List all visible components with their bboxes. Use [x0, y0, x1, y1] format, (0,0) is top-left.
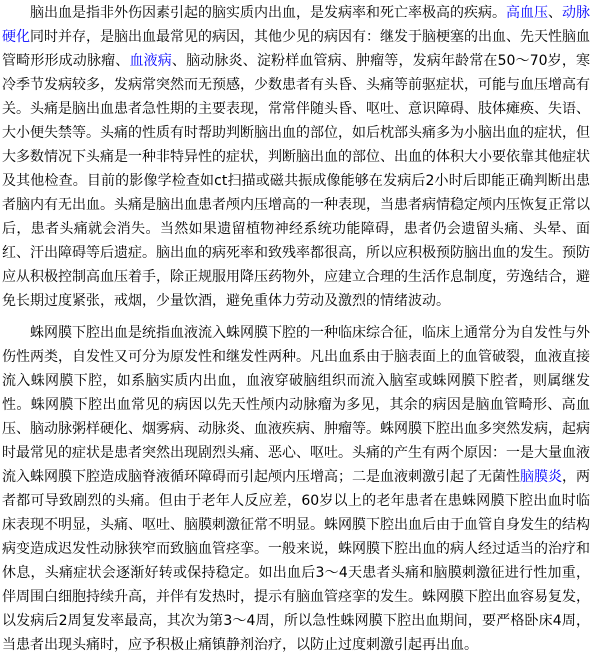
paragraph-1: 脑出血是指非外伤因素引起的脑实质内出血，是发病率和死亡率极高的疾病。高血压、动脉…	[2, 1, 590, 313]
article: 脑出血是指非外伤因素引起的脑实质内出血，是发病率和死亡率极高的疾病。高血压、动脉…	[0, 0, 591, 657]
text-run: 、脑动脉炎、淀粉样血管病、肿瘤等，发病年龄常在50～70岁，寒冷季节发病较多，发…	[2, 53, 590, 309]
text-run: ，两者都可导致剧烈的头痛。但由于老年人反应差，60岁以上的老年患者在患蛛网膜下腔…	[2, 469, 590, 653]
text-run: 脑出血是指非外伤因素引起的脑实质内出血，是发病率和死亡率极高的疾病。	[30, 5, 506, 21]
meningitis-link[interactable]: 脑膜炎	[520, 469, 562, 485]
paragraph-2: 蛛网膜下腔出血是统指血液流入蛛网膜下腔的一种临床综合征，临床上通常分为自发性与外…	[2, 321, 590, 657]
text-run: 、	[548, 5, 562, 21]
hypertension-link[interactable]: 高血压	[506, 5, 548, 21]
text-run: 蛛网膜下腔出血是统指血液流入蛛网膜下腔的一种临床综合征，临床上通常分为自发性与外…	[2, 325, 590, 485]
blood-disease-link[interactable]: 血液病	[129, 53, 171, 69]
